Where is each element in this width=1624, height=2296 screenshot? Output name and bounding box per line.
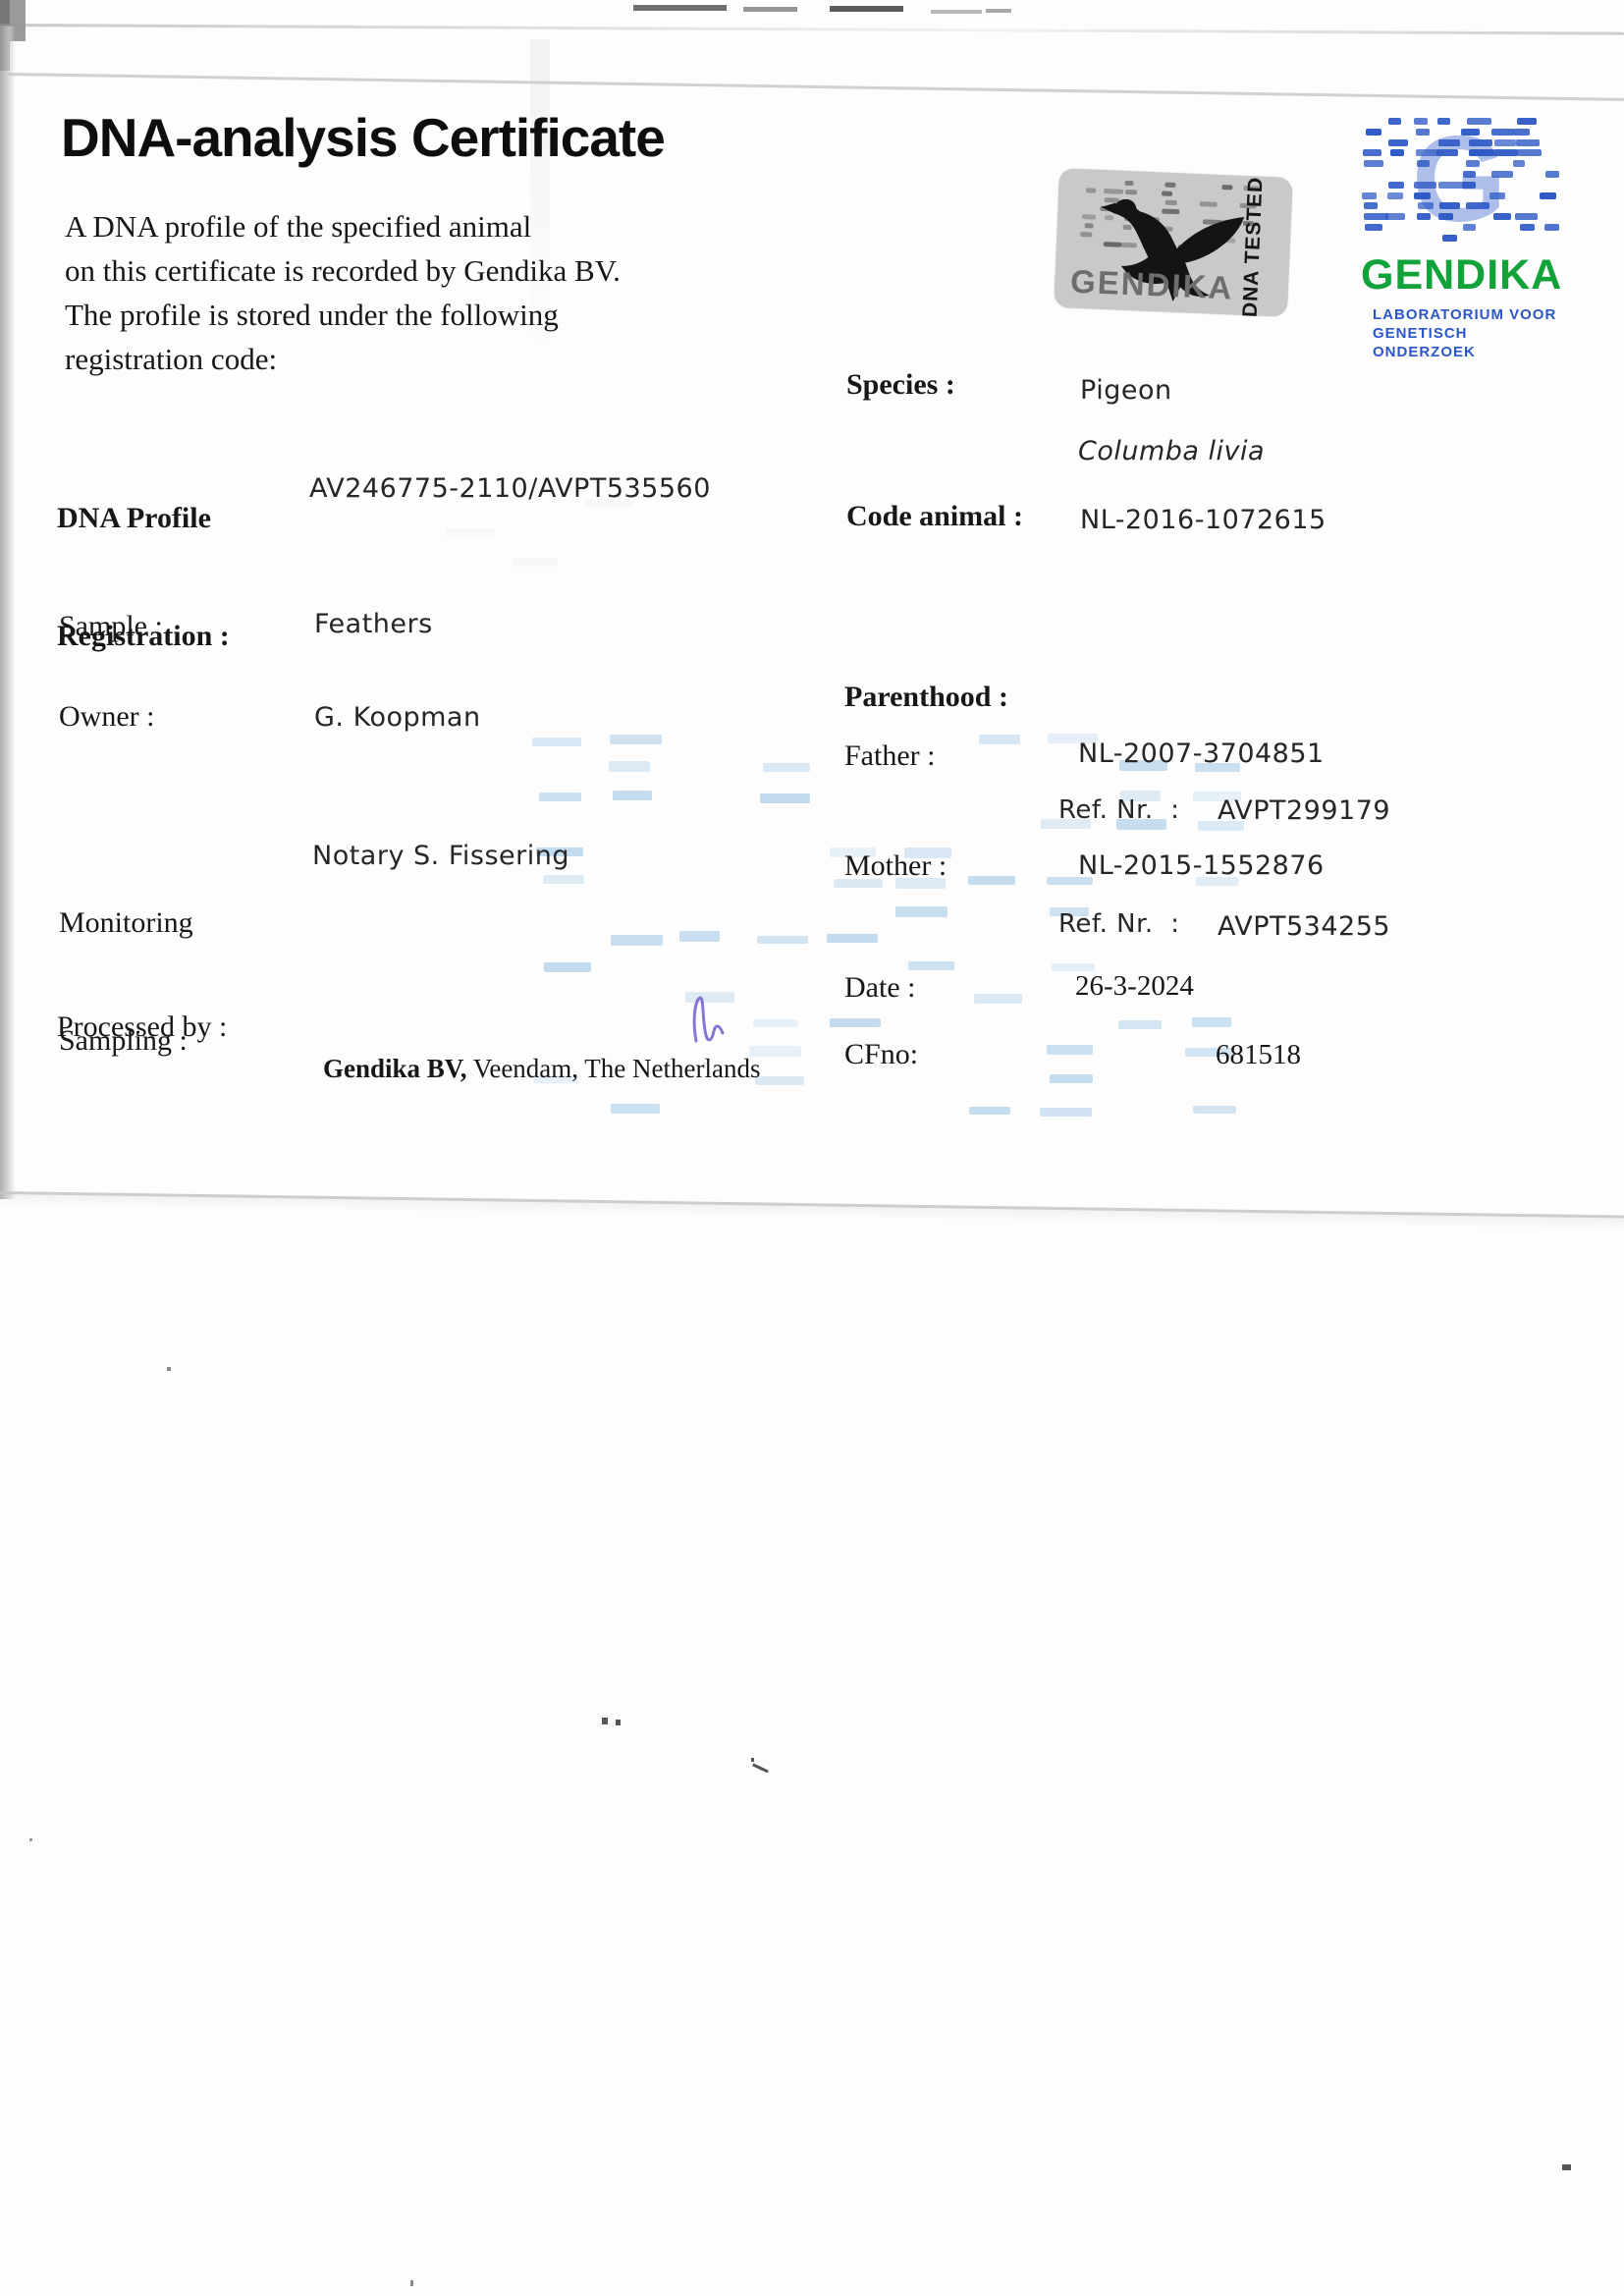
- gel-band: [1438, 139, 1460, 146]
- gel-band: [1442, 235, 1457, 242]
- gel-band: [979, 735, 1020, 744]
- dna-profile-value: AV246775-2110/AVPT535560: [309, 473, 711, 504]
- cfno-label: CFno:: [844, 1035, 918, 1074]
- processed-by-location: Veendam, The Netherlands: [467, 1054, 761, 1083]
- logo-caption-line: LABORATORIUM VOOR: [1373, 305, 1575, 324]
- scan-top-dash: [633, 5, 727, 11]
- processed-by-company: Gendika BV,: [323, 1054, 467, 1083]
- gel-band: [1467, 118, 1490, 125]
- gel-band: [830, 1018, 881, 1028]
- dna-profile-label-line1: DNA Profile: [57, 499, 230, 538]
- gel-band: [1417, 213, 1431, 220]
- gel-band: [1544, 224, 1559, 231]
- gel-band: [827, 934, 878, 943]
- scan-line: [0, 24, 1624, 35]
- logo-gel-pattern: G: [1363, 118, 1571, 247]
- gel-band: [1192, 1017, 1232, 1027]
- gel-band: [1363, 149, 1382, 156]
- scan-line: [8, 73, 1624, 101]
- code-animal-value: NL-2016-1072615: [1080, 505, 1326, 535]
- gel-band: [1516, 139, 1540, 146]
- gel-band: [613, 791, 653, 800]
- scan-left-edge: [0, 26, 16, 1199]
- logo-caption: LABORATORIUM VOOR GENETISCH ONDERZOEK: [1373, 305, 1575, 361]
- gel-band: [512, 558, 558, 567]
- sample-label: Sample :: [59, 607, 163, 646]
- gel-band: [969, 1107, 1009, 1115]
- gel-band: [1364, 202, 1378, 209]
- owner-label: Owner :: [59, 697, 154, 737]
- gel-band: [679, 931, 719, 942]
- owner-value: G. Koopman: [314, 702, 481, 733]
- intro-line: A DNA profile of the specified animal: [65, 204, 621, 248]
- scan-speck: [410, 2280, 413, 2286]
- scan-speck: [752, 1764, 769, 1774]
- sample-value: Feathers: [314, 609, 433, 639]
- gel-band: [1517, 149, 1542, 156]
- gel-band: [1438, 213, 1453, 220]
- gel-band: [1388, 118, 1401, 125]
- gel-band: [1491, 129, 1514, 136]
- gel-band: [1388, 182, 1404, 189]
- father-label: Father :: [844, 737, 935, 776]
- gel-band: [1438, 182, 1464, 189]
- sticker-brand-text: GENDIKA: [1069, 263, 1234, 307]
- gel-band: [1491, 171, 1513, 178]
- gel-band: [1417, 160, 1430, 167]
- parenthood-label: Parenthood :: [844, 678, 1008, 717]
- father-ref-value: AVPT299179: [1218, 795, 1390, 826]
- mother-value: NL-2015-1552876: [1078, 850, 1325, 881]
- gel-band: [609, 761, 650, 772]
- gel-band: [1545, 171, 1560, 178]
- gel-band: [1385, 213, 1405, 220]
- gendika-logo: G GENDIKA LABORATORIUM VOOR GENETISCH ON…: [1361, 118, 1575, 361]
- gel-band: [1193, 1106, 1236, 1114]
- gel-band: [611, 935, 662, 946]
- gel-band: [974, 994, 1022, 1004]
- gel-band: [1469, 139, 1492, 146]
- gel-band: [1439, 202, 1461, 209]
- species-value: Pigeon: [1080, 375, 1172, 406]
- gel-band: [757, 936, 808, 945]
- gel-band: [539, 793, 582, 800]
- gel-band: [1414, 118, 1428, 125]
- gel-band: [1388, 139, 1408, 146]
- scan-top-dash: [830, 6, 903, 12]
- scan-speck: [167, 1367, 171, 1371]
- father-ref-label: Ref. Nr. :: [1058, 795, 1180, 825]
- gel-band: [1362, 192, 1378, 199]
- monitoring-value: Notary S. Fissering: [312, 841, 569, 871]
- gel-band: [1493, 213, 1511, 220]
- cfno-value: 681518: [1216, 1035, 1301, 1074]
- gel-band: [1414, 182, 1436, 189]
- gel-band: [1494, 139, 1517, 146]
- gel-band: [1489, 192, 1505, 199]
- intro-line: registration code:: [65, 337, 621, 381]
- mother-ref-label: Ref. Nr. :: [1058, 909, 1180, 939]
- species-latin-value: Columba livia: [1078, 436, 1265, 466]
- gel-band: [1463, 171, 1477, 178]
- gel-band: [532, 738, 581, 747]
- gel-band: [1047, 1045, 1093, 1054]
- scan-speck: [602, 1718, 608, 1724]
- gel-band: [1469, 149, 1494, 156]
- gel-band: [1416, 149, 1438, 156]
- gel-band: [760, 793, 809, 803]
- scan-speck: [29, 1838, 32, 1841]
- page-title: DNA-analysis Certificate: [61, 106, 665, 169]
- gel-band: [1466, 202, 1489, 209]
- gel-band: [1387, 192, 1402, 199]
- processed-by-label: Processed by :: [57, 1008, 227, 1047]
- gel-band: [544, 962, 592, 972]
- monitoring-label-line1: Monitoring: [59, 903, 193, 943]
- gel-band: [1050, 1074, 1092, 1083]
- father-value: NL-2007-3704851: [1078, 738, 1325, 769]
- logo-name: GENDIKA: [1361, 251, 1575, 300]
- logo-caption-line: GENETISCH ONDERZOEK: [1373, 324, 1575, 361]
- gel-band: [763, 763, 810, 771]
- dna-tested-sticker: GENDIKA DNA TESTED: [1054, 168, 1293, 317]
- gel-band: [1493, 149, 1518, 156]
- gel-band: [1517, 118, 1536, 125]
- pen-signature-mark: [687, 990, 731, 1051]
- gel-band: [1416, 129, 1430, 136]
- monitoring-label: Monitoring Sampling :: [59, 825, 193, 1139]
- gel-band: [1515, 213, 1538, 220]
- gel-band: [1418, 202, 1434, 209]
- gel-band: [1436, 149, 1458, 156]
- mother-label: Mother :: [844, 847, 947, 886]
- scan-speck: [1562, 2164, 1571, 2170]
- gel-band: [1364, 160, 1383, 167]
- gel-band: [968, 876, 1014, 885]
- gel-band: [1513, 160, 1525, 167]
- gel-band: [1390, 149, 1404, 156]
- mother-ref-value: AVPT534255: [1218, 911, 1390, 942]
- gel-band: [1040, 1108, 1092, 1117]
- gel-band: [1461, 129, 1480, 136]
- gel-band: [1462, 182, 1476, 189]
- date-value: 26-3-2024: [1075, 966, 1194, 1006]
- scan-top-dash: [986, 9, 1011, 13]
- gel-band: [1466, 160, 1479, 167]
- dna-profile-label: DNA Profile Registration :: [57, 420, 230, 735]
- gel-band: [895, 906, 947, 916]
- intro-line: The profile is stored under the followin…: [65, 293, 621, 337]
- gel-band: [1513, 129, 1530, 136]
- scan-speck: [751, 1758, 754, 1762]
- scanned-certificate-page: DNA-analysis Certificate A DNA profile o…: [0, 0, 1624, 2296]
- intro-paragraph: A DNA profile of the specified animal on…: [65, 204, 621, 381]
- gel-band: [1364, 213, 1388, 220]
- species-label: Species :: [846, 365, 955, 405]
- scan-speck: [616, 1720, 621, 1725]
- gel-band: [1520, 224, 1536, 231]
- gel-band: [446, 528, 495, 537]
- gel-band: [1540, 192, 1556, 199]
- gel-band: [1437, 118, 1450, 125]
- scan-top-dash: [743, 7, 797, 12]
- code-animal-label: Code animal :: [846, 497, 1023, 536]
- gel-band: [610, 735, 662, 744]
- scan-top-dash: [931, 10, 982, 14]
- gel-band: [1365, 224, 1382, 231]
- gel-band: [1366, 129, 1381, 136]
- gel-band: [1414, 192, 1431, 199]
- gel-band: [1463, 224, 1476, 231]
- intro-line: on this certificate is recorded by Gendi…: [65, 248, 621, 293]
- gel-band: [755, 1076, 804, 1085]
- gel-band: [1118, 1020, 1163, 1029]
- date-label: Date :: [844, 968, 915, 1008]
- gel-band: [543, 875, 584, 883]
